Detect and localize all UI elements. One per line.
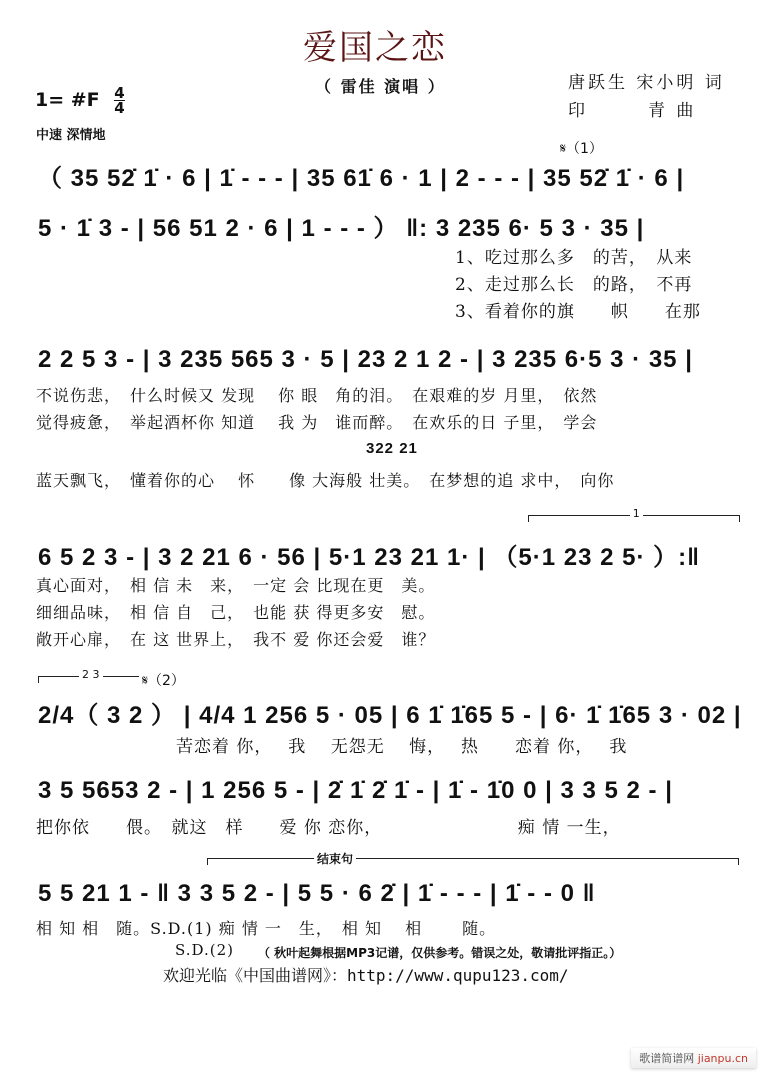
song-title: 爱国之恋 (303, 20, 447, 69)
alt-notes: 322 21 (366, 440, 418, 457)
verse-c-1: 真心面对， 相 信 未 来， 一定 会 比现在更 美。 (36, 573, 435, 596)
verse-b-1: 不说伤悲， 什么时候又 发现 你 眼 角的泪。 在艰难的岁 月里， 依然 (36, 383, 597, 406)
ending-bracket: 结束句 (207, 858, 739, 865)
site-welcome-link[interactable]: 欢迎光临《中国曲谱网》：http://www.qupu123.com/ (163, 963, 569, 986)
verse-a-1: 1、吃过那么多 的苦， 从来 (455, 243, 692, 268)
verse-c-2: 细细品味， 相 信 自 己， 也能 获 得更多安 慰。 (36, 600, 435, 623)
verse-b-2: 觉得疲惫， 举起酒杯你 知道 我 为 谁而醉。 在欢乐的日 子里， 学会 (36, 410, 597, 433)
key-label: 1= #F (35, 89, 100, 111)
verse-a-2: 2、走过那么长 的路， 不再 (455, 270, 692, 295)
segno-2: 𝄋（2） (142, 670, 185, 690)
singer-credit: （ 雷佳 演唱 ） (315, 74, 446, 97)
lyric-line-5: 苦恋着 你， 我 无怨无 悔， 热 恋着 你， 我 (176, 732, 627, 757)
transcriber-note: （ 秋叶起舞根据MP3记谱，仅供参考。错误之处，敬请批评指正。） (258, 944, 621, 961)
verse-c-3: 敞开心扉， 在 这 世界上， 我不 爱 你还会爱 谁？ (36, 627, 435, 650)
verse-a-3: 3、看着你的旗 帜 在那 (455, 297, 701, 322)
lyric-line-6: 把你依 偎。 就这 样 爱 你 恋你， 痴 情 一生， (36, 813, 621, 838)
notation-line-4: 6 5 2 3 - | 3 2 21 6 · 56 | 5·1 23 21 1·… (38, 537, 700, 572)
notation-line-7: 5 5 21 1 - ‖ 3 3 5 2 - | 5 5 · 6 2̇ | 1̇… (38, 880, 596, 908)
notation-line-3: 2 2 5 3 - | 3 235 565 3 · 5 | 23 2 1 2 -… (38, 346, 693, 374)
notation-line-2: 5 · 1̇ 3 - | 56 51 2 · 6 | 1 - - - ） ‖: … (38, 208, 644, 243)
composer-credit: 印 青 曲 (568, 96, 696, 121)
notation-line-6: 3 5 5653 2 - | 1 256 5 - | 2̇ 1̇ 2̇ 1̇ -… (38, 777, 673, 805)
sd2-label: S.D.(2) (175, 941, 234, 959)
verse-b-3: 蓝天飘飞， 懂着你的心 怀 像 大海般 壮美。 在梦想的追 求中， 向你 (36, 468, 614, 491)
lyric-line-7: 相 知 相 随。S.D.(1) 痴 情 一 生， 相 知 相 随。 (36, 916, 496, 939)
tempo-marking: 中速 深情地 (36, 124, 106, 143)
volta-1-bracket: 1 (528, 515, 740, 522)
time-signature: 4 4 (114, 86, 124, 115)
lyricist-credit: 唐跃生 宋小明 词 (568, 68, 725, 93)
key-signature: 1= #F 4 4 (35, 86, 125, 115)
volta-23-bracket: 2 3 (38, 676, 139, 683)
notation-line-1: （ 35 52̇ 1̇ · 6 | 1̇ - - - | 35 61̇ 6 · … (38, 158, 684, 193)
watermark: 歌谱简谱网 jianpu.cn (631, 1048, 756, 1068)
segno-1: 𝄋（1） (560, 138, 603, 158)
notation-line-5: 2/4（ 3 2 ） | 4/4 1 256 5 · 05 | 6 1̇ 1̇6… (38, 695, 742, 730)
